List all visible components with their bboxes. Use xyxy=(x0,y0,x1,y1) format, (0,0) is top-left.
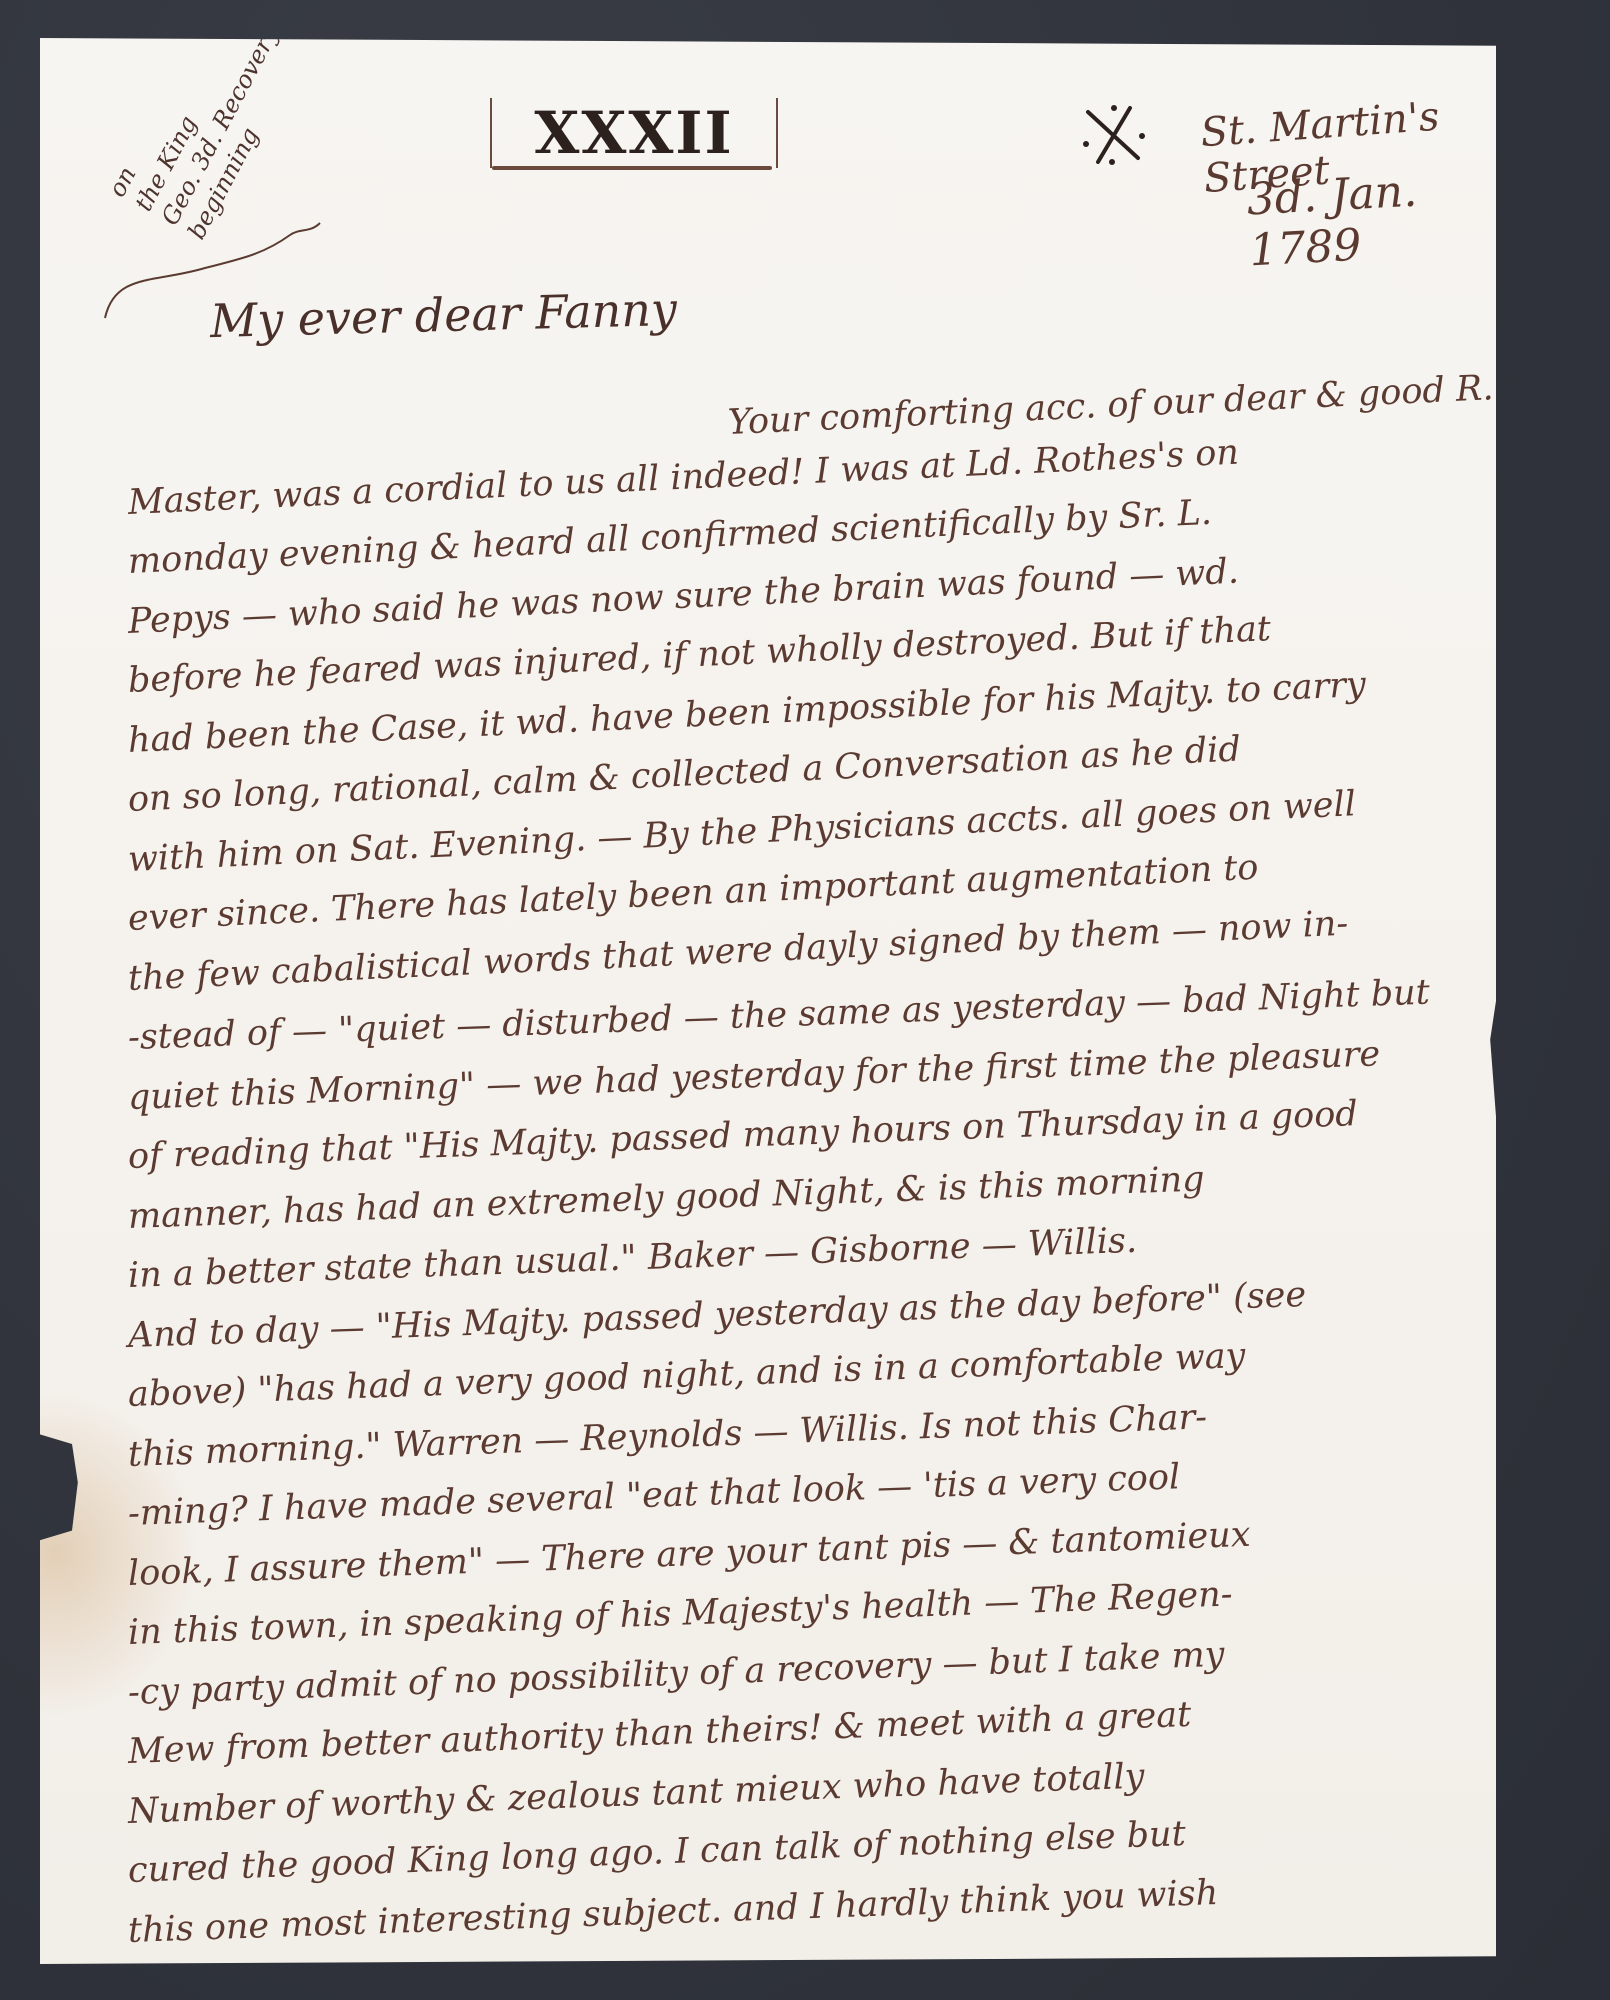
letter-number: XXXII xyxy=(534,99,733,167)
cross-ornament-icon xyxy=(1080,100,1150,170)
letter-line: Your comforting acc. of our dear & good … xyxy=(727,368,1494,443)
letter-date: 3d. Jan. 1789 xyxy=(1246,162,1499,277)
numeral-underline xyxy=(492,166,772,170)
letter-page: on the King Geo. 3d. Recovery beginning … xyxy=(40,38,1496,1964)
letter-line: in a better state than usual." Baker — G… xyxy=(127,1221,1137,1296)
salutation: My ever dear Fanny xyxy=(209,282,677,348)
letter-number-box: XXXII xyxy=(490,98,778,168)
